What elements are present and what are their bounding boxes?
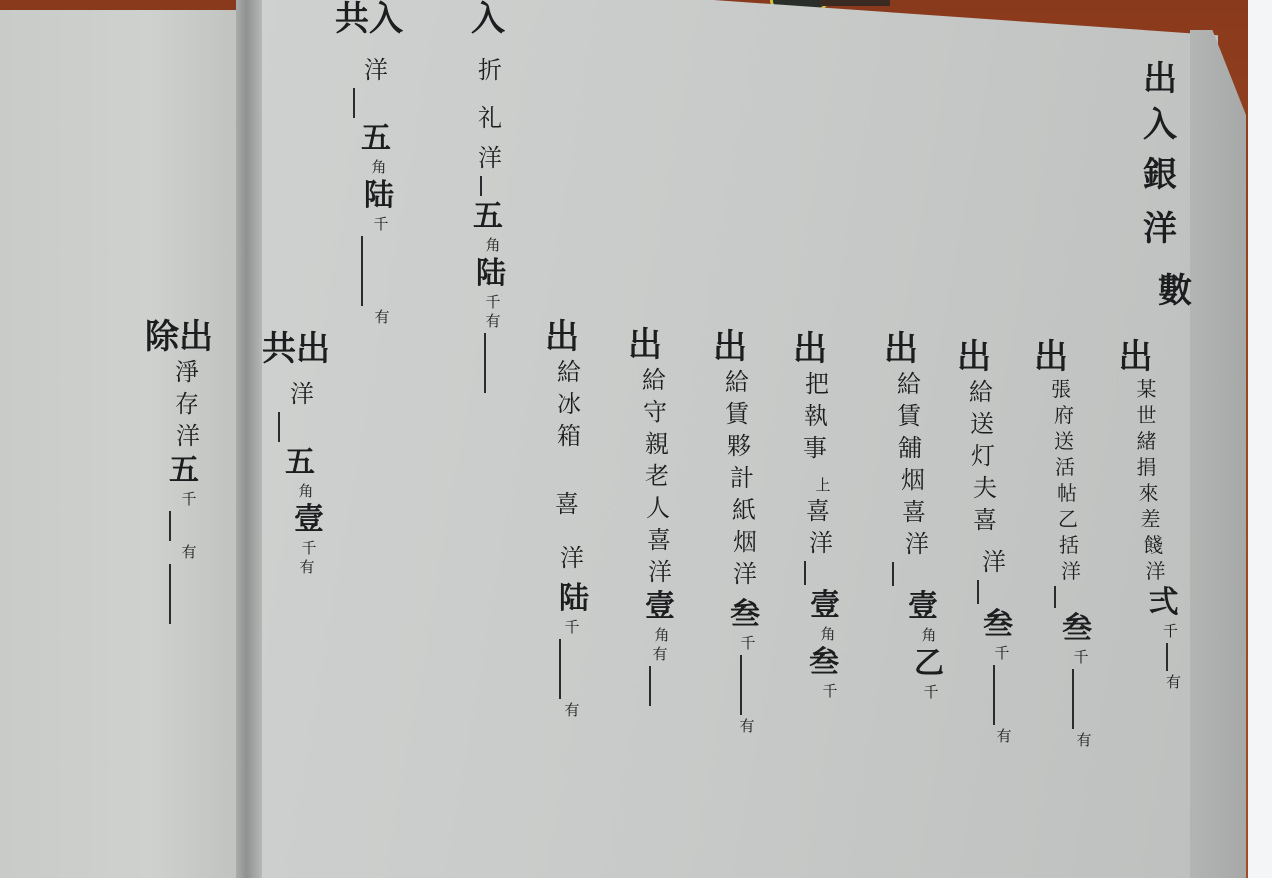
desc-char: 上 [815,478,830,493]
sub-unit: 角 [485,238,500,253]
desc-char: 守 [643,400,667,424]
entry-head: 除出 [145,320,213,354]
ink-stroke [649,666,651,706]
desc-char: 差 [1141,509,1161,529]
desc-char: 洋 [982,550,1006,574]
desc-char: 賃 [897,404,921,428]
desc-char: 乙 [1058,509,1078,529]
unit: 千 [181,492,196,507]
ink-stroke [740,655,742,715]
entry-head: 出 [957,340,991,374]
desc-char: 來 [1139,483,1159,503]
amount: 五 [169,456,199,486]
ledger-title: 出 入 銀 洋 數 [1128,60,1192,310]
unit: 有 [1076,733,1091,748]
entry-head: 出 [1119,340,1153,374]
desc-char: 喜 [973,508,997,532]
desc-char: 洋 [364,58,388,82]
ink-stroke [1166,643,1168,671]
desc-char: 張 [1051,379,1071,399]
unit: 有 [652,647,667,662]
title-char: 洋 [1143,212,1177,246]
desc-char: 活 [1055,457,1075,477]
desc-char: 洋 [176,424,200,448]
entry-2: 出 給 送 灯 夫 喜 洋 叁 千 有 [935,338,1013,746]
desc-char: 親 [645,432,669,456]
desc-char: 洋 [905,532,929,556]
net-balance: 除出 淨 存 洋 五 千 有 [145,318,213,626]
desc-char: 洋 [1146,561,1166,581]
amount: 陆 [364,181,394,211]
desc-char: 送 [1054,431,1074,451]
desc-char: 給 [969,380,993,404]
desc-char: 喜 [806,499,830,523]
amount: 弍 [1149,588,1179,618]
amount: 壹 [294,505,324,535]
desc-char: 洋 [733,562,757,586]
ink-stroke [977,580,979,604]
desc-char: 冰 [557,392,581,416]
entry-0: 出 某 世 緒 捐 來 差 餞 洋 弍 千 有 [1090,338,1181,692]
desc-char: 給 [557,360,581,384]
desc-char: 夫 [973,476,997,500]
desc-char: 洋 [809,531,833,555]
desc-char: 烟 [733,530,757,554]
desc-char: 洋 [290,382,314,406]
desc-char: 喜 [902,500,926,524]
desc-char: 紙 [732,498,756,522]
desc-char: 世 [1137,405,1157,425]
amount: 五 [285,448,315,478]
desc-char: 喜 [555,492,579,516]
unit: 有 [564,703,579,718]
dark-object-on-table [820,0,890,6]
desc-char: 府 [1054,405,1074,425]
entry-1: 出 張 府 送 活 帖 乙 括 洋 叁 千 有 [1010,338,1092,750]
entry-head: 出 [793,332,827,366]
unit: 有 [299,560,314,575]
unit: 千 [301,541,316,556]
desc-char: 礼 [478,106,502,130]
unit: 有 [739,719,754,734]
desc-char: 賃 [725,402,749,426]
ink-stroke [804,561,806,585]
desc-char: 舖 [898,436,922,460]
amount: 陆 [559,584,589,614]
unit: 有 [485,314,500,329]
amount: 叁 [730,600,760,630]
desc-char: 計 [730,466,754,490]
amount: 叁 [1062,614,1092,644]
desc-char: 夥 [727,434,751,458]
desc-char: 給 [897,372,921,396]
unit: 千 [373,217,388,232]
entry-head: 出 [713,330,747,364]
amount: 叁 [809,648,839,678]
desc-char: 某 [1137,379,1157,399]
entry-6: 出 給 守 親 老 人 喜 洋 壹 角 有 [615,326,675,708]
unit: 有 [374,310,389,325]
entry-3: 出 給 賃 舖 烟 喜 洋 壹 角 乙 千 [858,330,944,702]
desc-char: 執 [804,404,828,428]
unit: 千 [1163,624,1178,639]
desc-char: 洋 [1061,561,1081,581]
desc-char: 喜 [647,528,671,552]
ink-stroke [169,511,171,541]
sub-unit: 角 [820,627,835,642]
desc-char: 灯 [971,444,995,468]
unit: 千 [822,684,837,699]
ink-stroke [1072,669,1074,729]
desc-char: 捐 [1137,457,1157,477]
entry-5: 出 給 賃 夥 計 紙 烟 洋 叁 千 有 [700,328,760,736]
ink-stroke [559,639,561,699]
desc-char: 事 [803,436,827,460]
amount: 乙 [914,649,944,679]
entry-head: 出 [1034,340,1068,374]
desc-char: 老 [645,464,669,488]
desc-char: 洋 [560,546,584,570]
desc-char: 淨 [175,360,199,384]
desc-char: 存 [175,392,199,416]
ink-stroke [278,412,280,442]
desc-char: 給 [725,370,749,394]
entry-head: 共入 [335,2,403,36]
title-char: 數 [1158,274,1192,308]
desc-char: 洋 [648,560,672,584]
entry-head: 出 [628,328,662,362]
desc-char: 人 [646,496,670,520]
entry-head: 出 [884,332,918,366]
page-edge-stack [1190,30,1246,878]
entry-4: 出 把 執 事 上 喜 洋 壹 角 叁 千 [780,330,840,701]
unit: 千 [564,620,579,635]
title-char: 入 [1143,108,1177,142]
desc-char: 餞 [1144,535,1164,555]
unit: 有 [1166,675,1181,690]
desc-char: 折 [478,58,502,82]
unit: 有 [996,729,1011,744]
desc-char: 給 [642,368,666,392]
amount: 陆 [476,259,506,289]
ink-stroke [484,333,486,393]
ledger-photo: 出 入 銀 洋 數 出 某 世 緒 捐 來 差 餞 洋 弍 千 有 出 張 府 … [0,0,1248,878]
ink-stroke [993,665,995,725]
book-gutter [236,0,262,878]
amount: 叁 [983,610,1013,640]
expense-total: 共出 洋 五 角 壹 千 有 [262,330,330,577]
entry-head: 共出 [262,332,330,366]
ink-stroke [169,564,171,624]
desc-char: 箱 [557,424,581,448]
desc-char: 洋 [478,146,502,170]
desc-char: 括 [1059,535,1079,555]
desc-char: 把 [805,372,829,396]
sub-unit: 角 [371,160,386,175]
unit: 千 [994,646,1009,661]
amount: 五 [361,124,391,154]
amount: 壹 [645,592,675,622]
desc-char: 送 [970,412,994,436]
unit: 有 [181,545,196,560]
desc-char: 烟 [901,468,925,492]
unit: 千 [485,295,500,310]
desc-char: 帖 [1057,483,1077,503]
amount: 壹 [908,592,938,622]
unit: 千 [740,636,755,651]
unit: 千 [1073,650,1088,665]
income-total: 共入 洋 五 角 陆 千 有 [335,0,403,327]
entry-7: 出 給 冰 箱 喜 洋 陆 千 有 [535,318,589,720]
amount: 五 [473,202,503,232]
image-margin-right [1248,0,1272,894]
sub-unit: 角 [298,484,313,499]
entry-head: 出 [545,320,579,354]
desc-char: 緒 [1137,431,1157,451]
amount: 壹 [810,591,840,621]
sub-unit: 角 [654,628,669,643]
ink-stroke [480,176,482,196]
ink-stroke [892,562,894,586]
title-char: 銀 [1143,158,1177,192]
ink-stroke [361,236,363,306]
sub-unit: 角 [921,628,936,643]
title-char: 出 [1143,62,1177,96]
ink-stroke [1054,586,1056,608]
ink-stroke [353,88,355,118]
unit: 千 [923,685,938,700]
entry-head: 入 [471,2,505,36]
image-margin-bottom [0,878,1272,894]
income-entry-0: 入 折 礼 洋 五 角 陆 千 有 [440,0,506,395]
